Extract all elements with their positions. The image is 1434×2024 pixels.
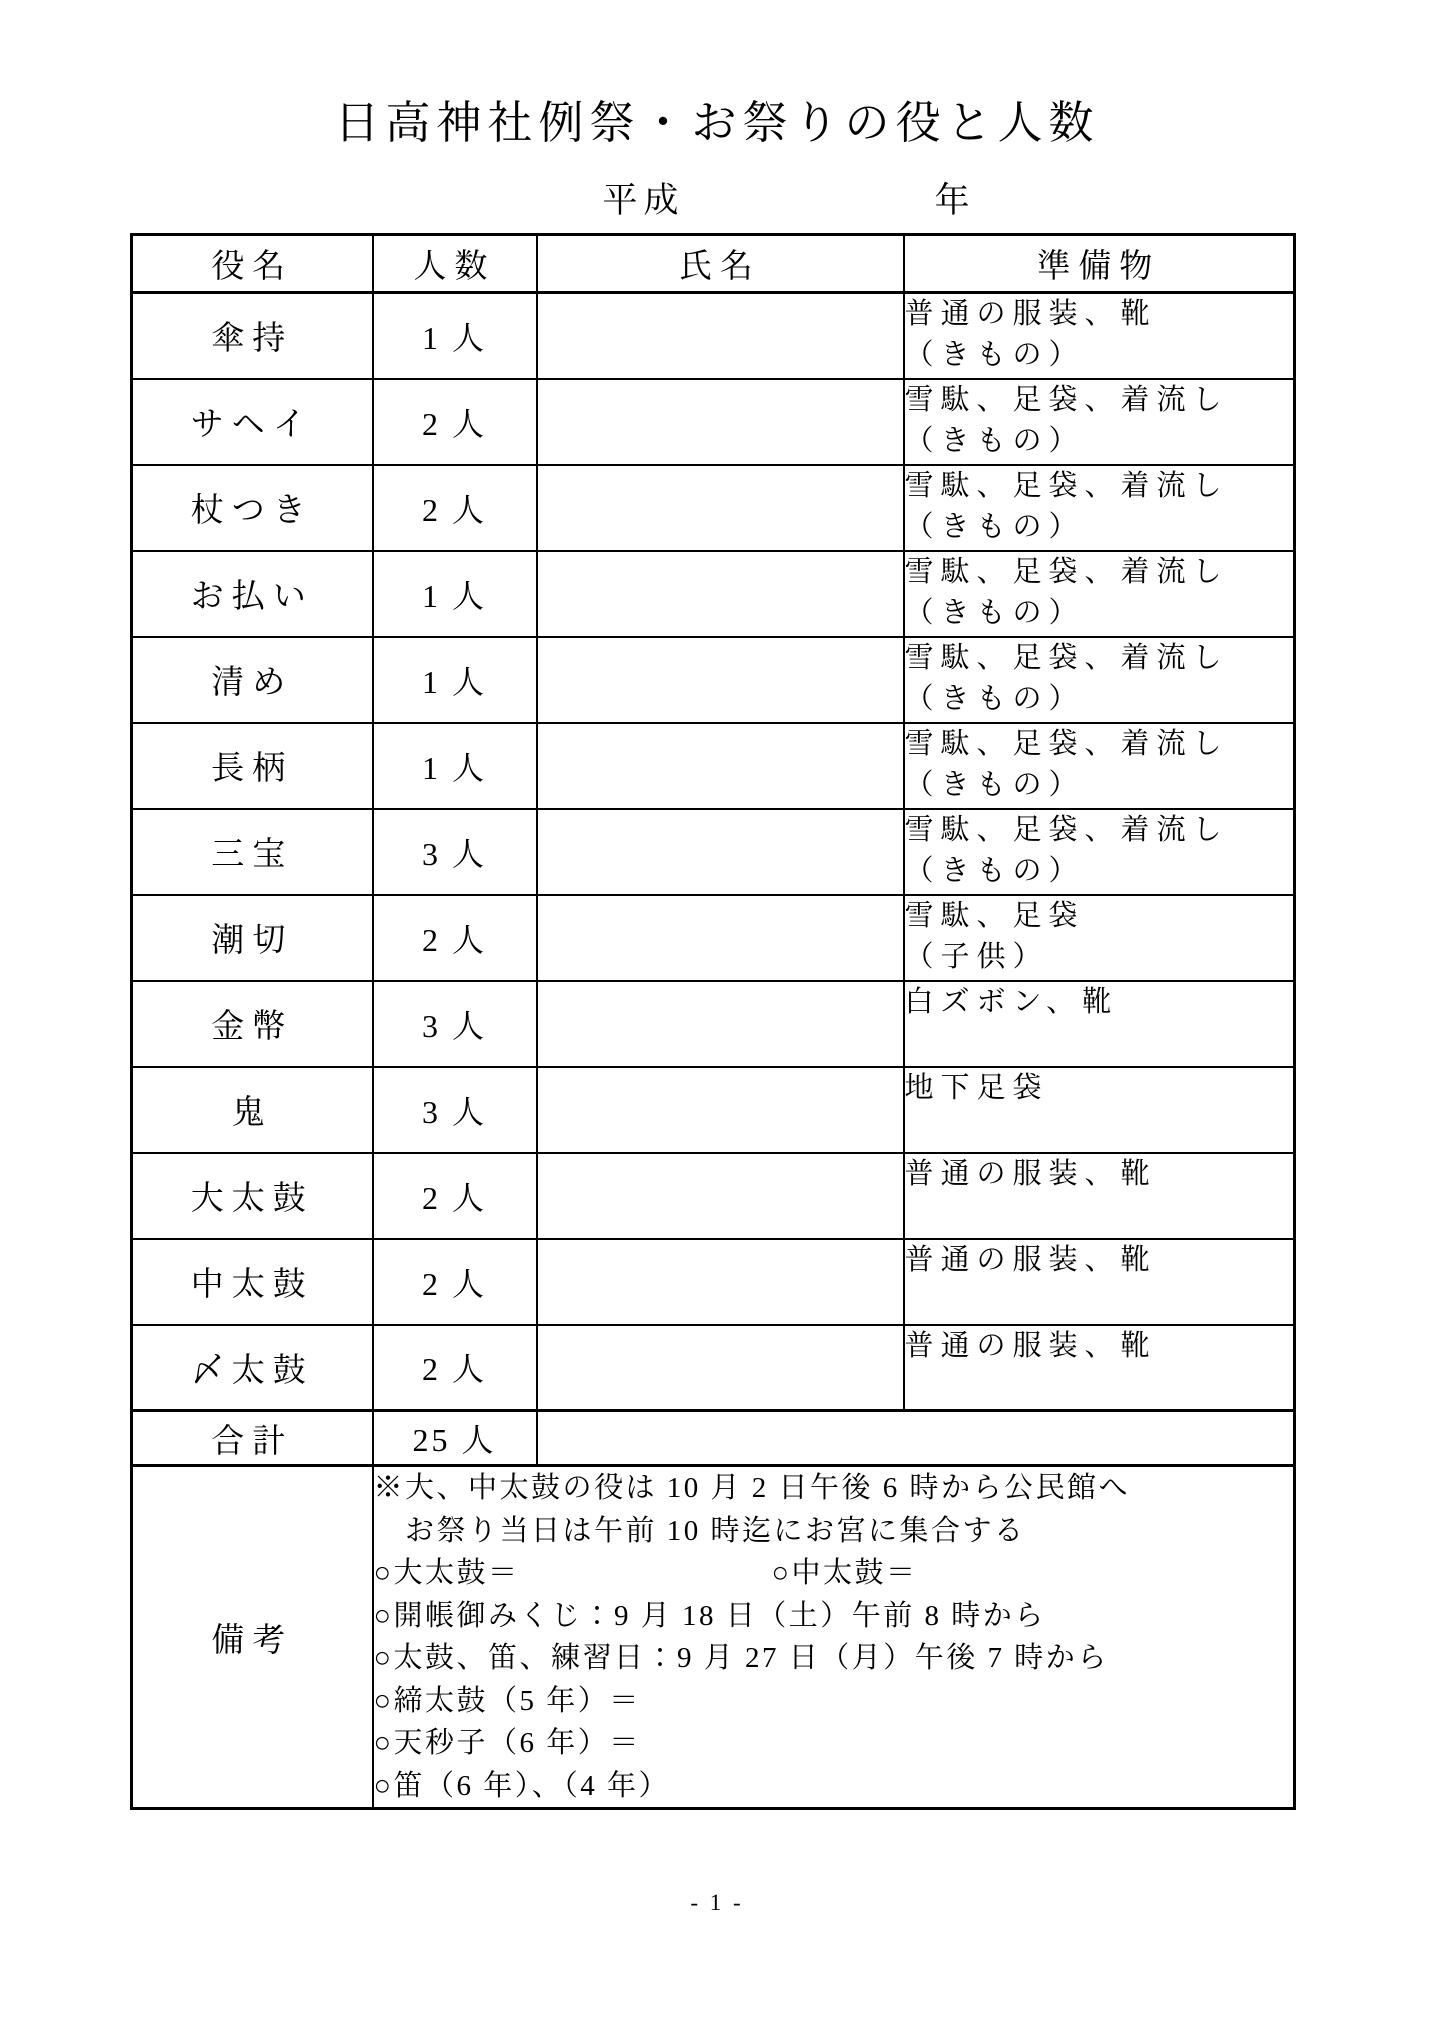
items-line1: 白ズボン、靴: [905, 982, 1294, 1023]
role-cell: 傘持: [132, 293, 373, 379]
count-cell: 1 人: [373, 723, 537, 809]
role-cell: 金幣: [132, 981, 373, 1067]
items-line1: 雪駄、足袋、着流し: [905, 638, 1294, 679]
items-line1: 雪駄、足袋、着流し: [905, 380, 1294, 421]
festival-roles-table: 役名 人数 氏名 準備物 傘持 1 人 普通の服装、靴 （きもの） サヘイ 2 …: [130, 233, 1296, 1810]
table-row: 潮切 2 人 雪駄、足袋 （子供）: [132, 895, 1295, 981]
era-label: 平成: [602, 181, 684, 220]
count-cell: 3 人: [373, 809, 537, 895]
role-cell: お払い: [132, 551, 373, 637]
role-cell: 清め: [132, 637, 373, 723]
year-label: 年: [935, 181, 976, 220]
header-count: 人数: [373, 235, 537, 293]
subtitle-era-year: 平成年: [72, 173, 1434, 223]
header-name: 氏名: [537, 235, 904, 293]
notes-cell: ※大、中太鼓の役は 10 月 2 日午後 6 時から公民館へ お祭り当日は午前 …: [373, 1466, 1295, 1809]
items-cell: 雪駄、足袋、着流し （きもの）: [904, 379, 1295, 465]
table-row: 鬼 3 人 地下足袋: [132, 1067, 1295, 1153]
table-row: 長柄 1 人 雪駄、足袋、着流し （きもの）: [132, 723, 1295, 809]
table-row: 金幣 3 人 白ズボン、靴: [132, 981, 1295, 1067]
table-row: 杖つき 2 人 雪駄、足袋、着流し （きもの）: [132, 465, 1295, 551]
name-cell: [537, 637, 904, 723]
count-cell: 3 人: [373, 981, 537, 1067]
notes-line: ○天秒子（6 年）＝: [374, 1722, 1294, 1765]
items-line1: 雪駄、足袋、着流し: [905, 466, 1294, 507]
header-role: 役名: [132, 235, 373, 293]
items-cell: 雪駄、足袋、着流し （きもの）: [904, 465, 1295, 551]
items-line1: 雪駄、足袋、着流し: [905, 552, 1294, 593]
name-cell: [537, 1067, 904, 1153]
items-line2: （きもの）: [905, 851, 1294, 892]
total-blank-cell: [537, 1411, 1295, 1466]
notes-line: ○大太鼓＝ ○中太鼓＝: [374, 1552, 1294, 1595]
role-cell: 大太鼓: [132, 1153, 373, 1239]
notes-line: お祭り当日は午前 10 時迄にお宮に集合する: [374, 1510, 1294, 1553]
role-cell: 〆太鼓: [132, 1325, 373, 1411]
count-cell: 2 人: [373, 465, 537, 551]
count-cell: 1 人: [373, 293, 537, 379]
table-row: 〆太鼓 2 人 普通の服装、靴: [132, 1325, 1295, 1411]
page-number: - 1 -: [0, 1890, 1434, 1916]
items-line1: 普通の服装、靴: [905, 1240, 1294, 1281]
role-cell: 三宝: [132, 809, 373, 895]
items-line1: 普通の服装、靴: [905, 1154, 1294, 1195]
role-cell: 杖つき: [132, 465, 373, 551]
name-cell: [537, 981, 904, 1067]
total-count: 25 人: [373, 1411, 537, 1466]
items-line1: 普通の服装、靴: [905, 1326, 1294, 1367]
items-cell: 雪駄、足袋 （子供）: [904, 895, 1295, 981]
items-cell: 普通の服装、靴: [904, 1325, 1295, 1411]
notes-line: ○太鼓、笛、練習日：9 月 27 日（月）午後 7 時から: [374, 1637, 1294, 1680]
header-row: 役名 人数 氏名 準備物: [132, 235, 1295, 293]
items-line1: 普通の服装、靴: [905, 294, 1294, 335]
items-cell: 雪駄、足袋、着流し （きもの）: [904, 551, 1295, 637]
items-line1: 雪駄、足袋: [905, 896, 1294, 937]
total-label: 合計: [132, 1411, 373, 1466]
items-line2: （きもの）: [905, 335, 1294, 376]
items-line2: （子供）: [905, 937, 1294, 978]
items-line2: （きもの）: [905, 507, 1294, 548]
document-page: 日高神社例祭・お祭りの役と人数 平成年 役名 人数 氏名 準備物 傘持 1 人 …: [0, 0, 1434, 1916]
items-cell: 白ズボン、靴: [904, 981, 1295, 1067]
notes-line: ○笛（6 年）、（4 年）: [374, 1765, 1294, 1808]
count-cell: 2 人: [373, 895, 537, 981]
name-cell: [537, 1325, 904, 1411]
items-line2: （きもの）: [905, 593, 1294, 634]
table-row: 清め 1 人 雪駄、足袋、着流し （きもの）: [132, 637, 1295, 723]
items-line1: 雪駄、足袋、着流し: [905, 810, 1294, 851]
count-cell: 2 人: [373, 379, 537, 465]
notes-line: ○開帳御みくじ：9 月 18 日（土）午前 8 時から: [374, 1595, 1294, 1638]
items-line1: 地下足袋: [905, 1068, 1294, 1109]
items-cell: 地下足袋: [904, 1067, 1295, 1153]
role-cell: 潮切: [132, 895, 373, 981]
header-items: 準備物: [904, 235, 1295, 293]
notes-label: 備考: [132, 1466, 373, 1809]
page-title: 日高神社例祭・お祭りの役と人数: [0, 86, 1434, 151]
count-cell: 2 人: [373, 1153, 537, 1239]
name-cell: [537, 723, 904, 809]
items-cell: 普通の服装、靴: [904, 1239, 1295, 1325]
count-cell: 2 人: [373, 1239, 537, 1325]
count-cell: 1 人: [373, 551, 537, 637]
total-row: 合計 25 人: [132, 1411, 1295, 1466]
name-cell: [537, 465, 904, 551]
table-row: お払い 1 人 雪駄、足袋、着流し （きもの）: [132, 551, 1295, 637]
table-row: 傘持 1 人 普通の服装、靴 （きもの）: [132, 293, 1295, 379]
items-line2: （きもの）: [905, 765, 1294, 806]
items-cell: 普通の服装、靴: [904, 1153, 1295, 1239]
count-cell: 3 人: [373, 1067, 537, 1153]
name-cell: [537, 293, 904, 379]
name-cell: [537, 379, 904, 465]
role-cell: 長柄: [132, 723, 373, 809]
notes-line: ○締太鼓（5 年）＝: [374, 1680, 1294, 1723]
items-cell: 雪駄、足袋、着流し （きもの）: [904, 809, 1295, 895]
count-cell: 1 人: [373, 637, 537, 723]
name-cell: [537, 1153, 904, 1239]
table-row: サヘイ 2 人 雪駄、足袋、着流し （きもの）: [132, 379, 1295, 465]
items-line1: 雪駄、足袋、着流し: [905, 724, 1294, 765]
items-line2: （きもの）: [905, 679, 1294, 720]
role-cell: 中太鼓: [132, 1239, 373, 1325]
role-cell: 鬼: [132, 1067, 373, 1153]
name-cell: [537, 1239, 904, 1325]
items-line2: （きもの）: [905, 421, 1294, 462]
table-row: 三宝 3 人 雪駄、足袋、着流し （きもの）: [132, 809, 1295, 895]
notes-row: 備考 ※大、中太鼓の役は 10 月 2 日午後 6 時から公民館へ お祭り当日は…: [132, 1466, 1295, 1809]
name-cell: [537, 551, 904, 637]
table-row: 大太鼓 2 人 普通の服装、靴: [132, 1153, 1295, 1239]
items-cell: 普通の服装、靴 （きもの）: [904, 293, 1295, 379]
items-cell: 雪駄、足袋、着流し （きもの）: [904, 723, 1295, 809]
notes-line: ※大、中太鼓の役は 10 月 2 日午後 6 時から公民館へ: [374, 1467, 1294, 1510]
table-row: 中太鼓 2 人 普通の服装、靴: [132, 1239, 1295, 1325]
items-cell: 雪駄、足袋、着流し （きもの）: [904, 637, 1295, 723]
name-cell: [537, 895, 904, 981]
role-cell: サヘイ: [132, 379, 373, 465]
name-cell: [537, 809, 904, 895]
count-cell: 2 人: [373, 1325, 537, 1411]
